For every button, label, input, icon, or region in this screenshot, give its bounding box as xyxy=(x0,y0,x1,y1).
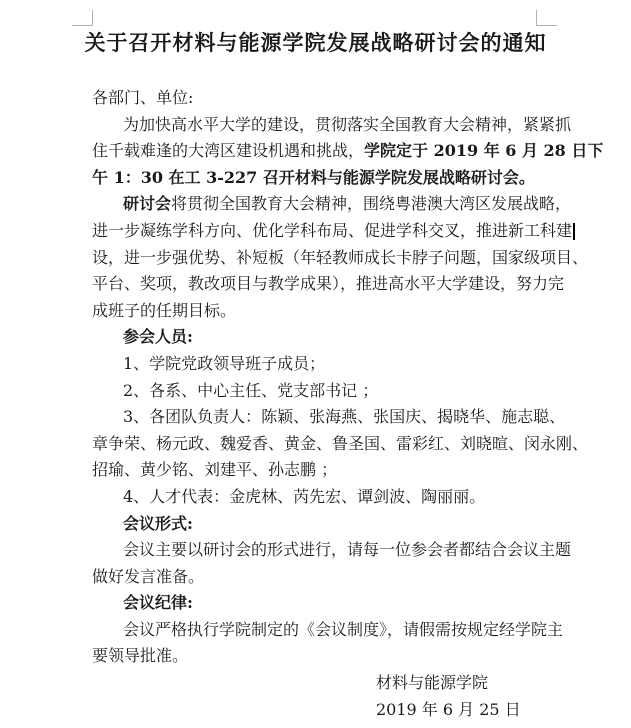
text-line: 做好发言准备。 xyxy=(92,564,631,591)
margin-corner-mark-left xyxy=(72,10,93,26)
document-title: 关于召开材料与能源学院发展战略研讨会的通知 xyxy=(0,0,631,54)
margin-corner-mark-right xyxy=(536,10,557,26)
text-line: 进一步凝练学科方向、优化学科布局、促进学科交叉，推进新工科建 xyxy=(92,218,631,245)
section-heading-format: 会议形式: xyxy=(92,511,631,538)
text-line: 招瑜、黄少铭、刘建平、孙志鹏 ； xyxy=(92,457,631,484)
signature-date-line: 2019 年 6 月 25 日 xyxy=(92,697,631,724)
list-item: 4、人才代表：金虎林、芮先宏、谭剑波、陶丽丽。 xyxy=(92,484,631,511)
document-page: 关于召开材料与能源学院发展战略研讨会的通知 各部门、单位: 为加快高水平大学的建… xyxy=(0,0,631,728)
text-line: 会议严格执行学院制定的《会议制度》，请假需按规定经学院主 xyxy=(92,617,631,644)
list-item: 1、学院党政领导班子成员； xyxy=(92,351,631,378)
bold-text-segment: 会议纪律: xyxy=(123,593,193,612)
bold-text-segment: 参会人员: xyxy=(123,327,193,346)
document-text-area[interactable]: 各部门、单位: 为加快高水平大学的建设，贯彻落实全国教育大会精神，紧紧抓 住千载… xyxy=(0,54,631,723)
text-cursor xyxy=(573,223,575,240)
text-line: 要领导批准。 xyxy=(92,643,631,670)
text-segment: 住千载难逢的大湾区建设机遇和挑战， xyxy=(92,141,364,160)
bold-text-segment: 会议形式: xyxy=(123,514,193,533)
text-line: 会议主要以研讨会的形式进行，请每一位参会者都结合会议主题 xyxy=(92,537,631,564)
bold-text-segment: 研讨会 xyxy=(123,194,171,213)
salutation-line: 各部门、单位: xyxy=(92,85,631,112)
text-line: 午 1：30 在工 3-227 召开材料与能源学院发展战略研讨会。 xyxy=(92,165,631,192)
text-line: 设，进一步强优势、补短板（年轻教师成长卡脖子问题，国家级项目、 xyxy=(92,245,631,272)
text-line: 住千载难逢的大湾区建设机遇和挑战，学院定于 2019 年 6 月 28 日下 xyxy=(92,138,631,165)
bold-text-segment: 学院定于 2019 年 6 月 28 日下 xyxy=(364,141,603,160)
section-heading-discipline: 会议纪律: xyxy=(92,590,631,617)
text-line: 章争荣、杨元政、魏爱香、黄金、鲁圣国、雷彩红、刘晓暄、闵永刚、 xyxy=(92,431,631,458)
list-item: 2、各系、中心主任、党支部书记 ； xyxy=(92,378,631,405)
text-segment: 将贯彻全国教育大会精神，围绕粤港澳大湾区发展战略， xyxy=(171,194,571,213)
section-heading-participants: 参会人员: xyxy=(92,324,631,351)
text-line: 研讨会将贯彻全国教育大会精神，围绕粤港澳大湾区发展战略， xyxy=(92,191,631,218)
text-line: 成班子的任期目标。 xyxy=(92,298,631,325)
signature-org-line: 材料与能源学院 xyxy=(92,670,631,697)
text-line: 平台、奖项，教改项目与教学成果），推进高水平大学建设，努力完 xyxy=(92,271,631,298)
text-line: 为加快高水平大学的建设，贯彻落实全国教育大会精神，紧紧抓 xyxy=(92,112,631,139)
list-item: 3、各团队负责人：陈颖、张海燕、张国庆、揭晓华、施志聪、 xyxy=(92,404,631,431)
bold-text-segment: 午 1：30 在工 3-227 召开材料与能源学院发展战略研讨会。 xyxy=(92,168,535,187)
text-segment: 进一步凝练学科方向、优化学科布局、促进学科交叉，推进新工科建 xyxy=(92,221,572,240)
